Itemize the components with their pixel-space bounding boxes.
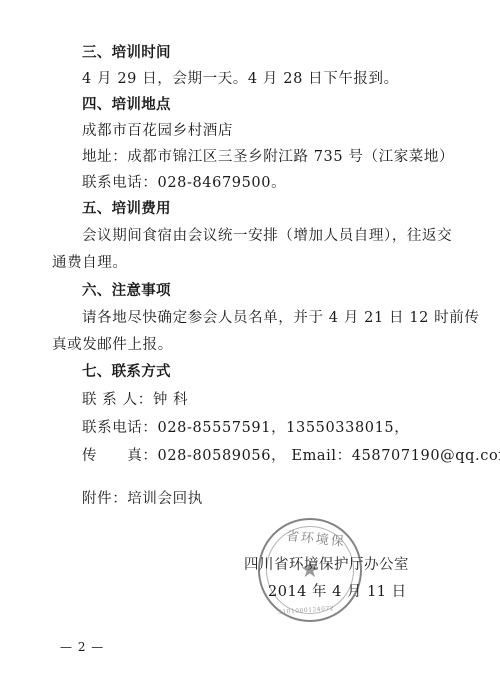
contact-fax-email: 传 真：028-80589056， Email：458707190@qq.com (82, 447, 500, 465)
section-heading-training-fees: 五、培训费用 (82, 200, 171, 218)
training-time-text: 4 月 29 日，会期一天。4 月 28 日下午报到。 (82, 70, 399, 88)
section-heading-contact: 七、联系方式 (82, 363, 171, 381)
section-heading-notes: 六、注意事项 (82, 282, 171, 300)
section-heading-training-location: 四、培训地点 (82, 96, 171, 114)
page-number: — 2 — (60, 640, 104, 654)
fees-text-line-2: 通费自理。 (52, 254, 128, 272)
notes-text-line-1: 请各地尽快确定参会人员名单，并于 4 月 21 日 12 时前传 (82, 309, 479, 327)
signing-date: 2014 年 4 月 11 日 (268, 583, 407, 601)
attachment-note: 附件：培训会回执 (82, 490, 203, 508)
contact-person: 联 系 人：钟 科 (82, 391, 188, 409)
fees-text-line-1: 会议期间食宿由会议统一安排（增加人员自理），往返交 (82, 227, 452, 245)
signing-organization: 四川省环境保护厅办公室 (244, 556, 409, 574)
section-heading-training-time: 三、培训时间 (82, 44, 171, 62)
document-page: 三、培训时间 4 月 29 日，会期一天。4 月 28 日下午报到。 四、培训地… (0, 0, 500, 694)
contact-phone: 联系电话：028-85557591，13550338015， (82, 419, 409, 437)
venue-address: 地址：成都市锦江区三圣乡附江路 735 号（江家菜地） (82, 148, 454, 166)
notes-text-line-2: 真或发邮件上报。 (52, 336, 173, 354)
venue-name: 成都市百花园乡村酒店 (82, 122, 233, 140)
venue-phone: 联系电话：028-84679500。 (82, 174, 286, 192)
